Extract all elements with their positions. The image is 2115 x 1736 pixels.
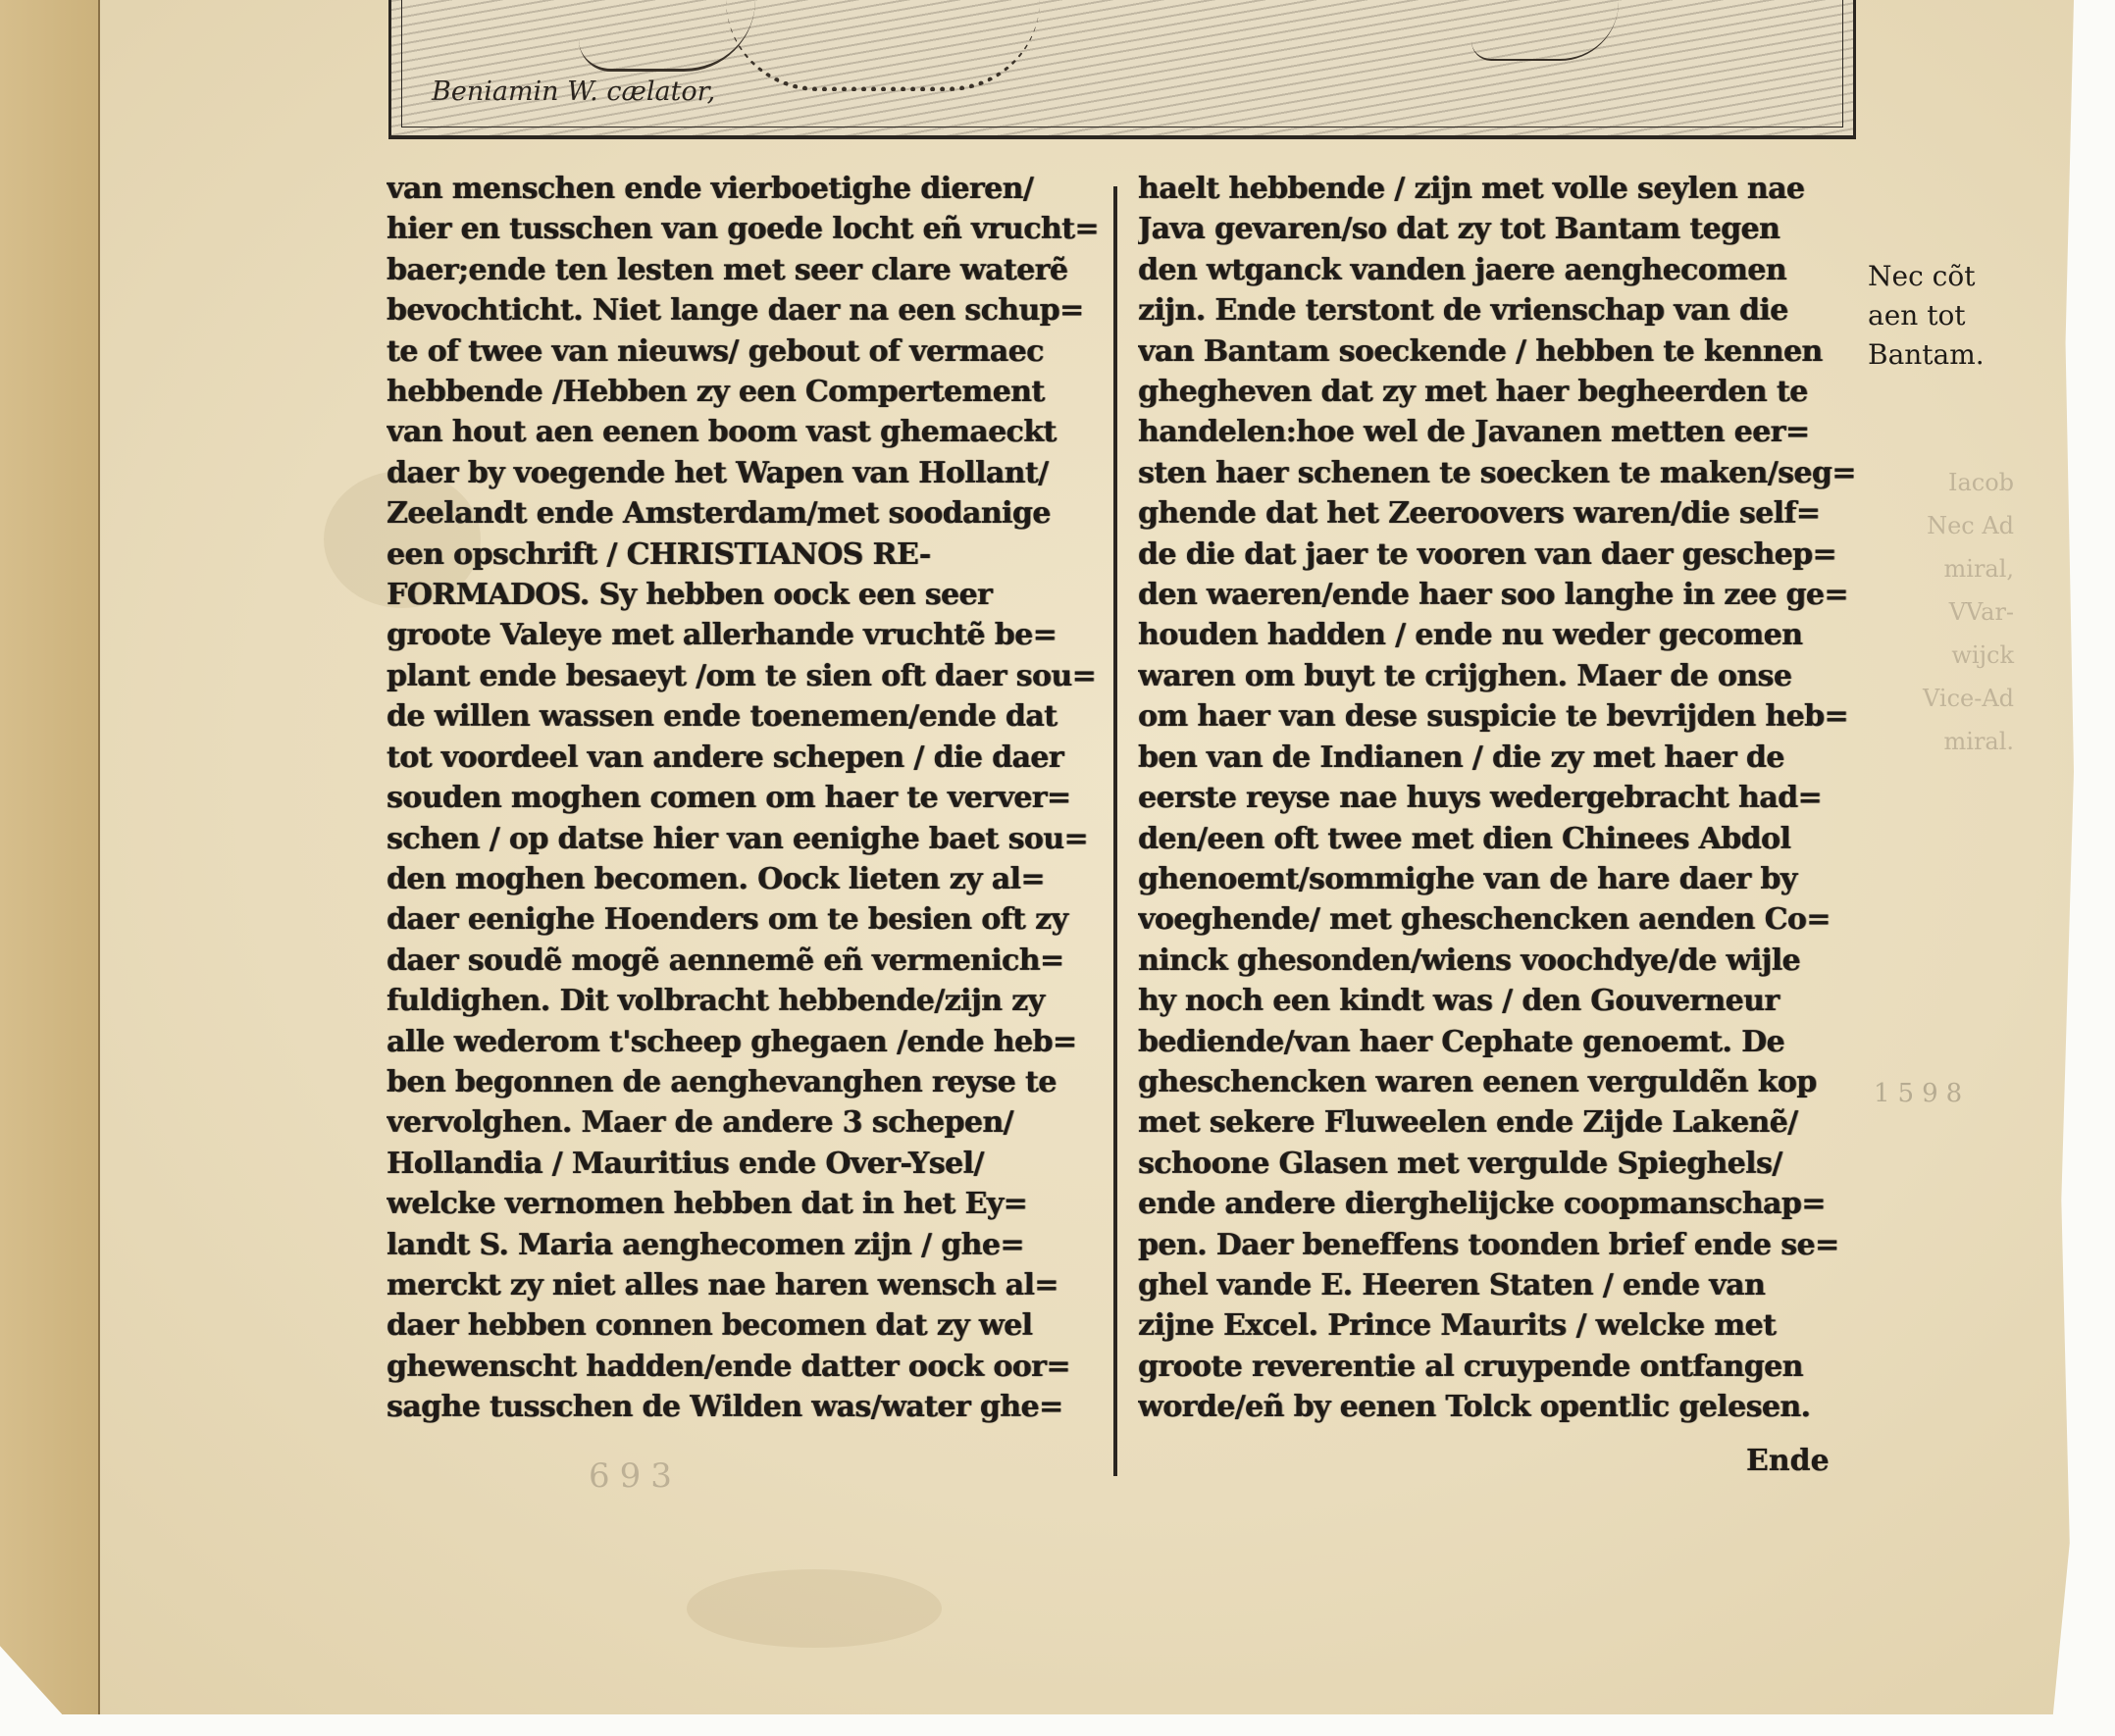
text-line: ben begonnen de aenghevanghen reyse te (387, 1062, 1099, 1102)
show-through-marginal: Iacob Nec Ad miral, VVar- wijck Vice-Ad … (1923, 461, 2014, 763)
text-line: de die dat jaer te vooren van daer gesch… (1138, 535, 1854, 575)
text-line: fuldighen. Dit volbracht hebbende/zijn z… (387, 981, 1099, 1021)
text-line: van Bantam soeckende / hebben te kennen (1138, 332, 1854, 372)
text-line: Hollandia / Mauritius ende Over-Ysel/ (387, 1144, 1099, 1184)
text-line: daer soudẽ mogẽ aennemẽ eñ vermenich= (387, 941, 1099, 981)
text-column-right: haelt hebbende / zijn met volle seylen n… (1138, 169, 1854, 1428)
text-line: gheschencken waren eenen verguldẽn kop (1138, 1062, 1854, 1102)
marginal-note-line: Nec cõt (1868, 257, 1985, 296)
paper-stain (687, 1569, 942, 1648)
text-line: ghel vande E. Heeren Staten / ende van (1138, 1265, 1854, 1305)
text-line: daer by voegende het Wapen van Hollant/ (387, 453, 1099, 493)
marginal-note-line: Bantam. (1868, 335, 1985, 375)
text-line: bevochticht. Niet lange daer na een schu… (387, 290, 1099, 331)
text-line: zijne Excel. Prince Maurits / welcke met (1138, 1305, 1854, 1346)
text-line: den moghen becomen. Oock lieten zy al= (387, 859, 1099, 899)
show-through-line: Nec Ad (1923, 504, 2014, 547)
text-line: hy noch een kindt was / den Gouverneur (1138, 981, 1854, 1021)
text-column-left: van menschen ende vierboetighe dieren/hi… (387, 169, 1099, 1428)
show-through-page-number: 693 (589, 1456, 682, 1496)
text-line: worde/eñ by eenen Tolck opentlic gelesen… (1138, 1387, 1854, 1427)
text-line: eerste reyse nae huys wedergebracht had= (1138, 778, 1854, 818)
text-line: saghe tusschen de Wilden was/water ghe= (387, 1387, 1099, 1427)
text-line: de willen wassen ende toenemen/ende dat (387, 696, 1099, 737)
show-through-line: Vice-Ad (1923, 677, 2014, 720)
marginal-note: Nec cõt aen tot Bantam. (1868, 257, 1985, 375)
show-through-line: Iacob (1923, 461, 2014, 504)
show-through-line: miral, (1923, 547, 2014, 590)
text-line: Zeelandt ende Amsterdam/met soodanige (387, 493, 1099, 534)
column-divider (1113, 186, 1117, 1476)
text-line: hebbende /Hebben zy een Compertement (387, 372, 1099, 412)
show-through-line: wijck (1923, 634, 2014, 677)
text-line: pen. Daer beneffens toonden brief ende s… (1138, 1225, 1854, 1265)
show-through-year: 1598 (1874, 1079, 1970, 1108)
text-line: ghewenscht hadden/ende datter oock oor= (387, 1347, 1099, 1387)
text-line: handelen:hoe wel de Javanen metten eer= (1138, 412, 1854, 452)
text-line: sten haer schenen te soecken te maken/se… (1138, 453, 1854, 493)
engraver-signature: Beniamin W. cælator, (432, 77, 715, 107)
text-line: plant ende besaeyt /om te sien oft daer … (387, 656, 1099, 696)
text-line: ghenoemt/sommighe van de hare daer by (1138, 859, 1854, 899)
text-line: ninck ghesonden/wiens voochdye/de wijle (1138, 941, 1854, 981)
catchword: Ende (1746, 1444, 1830, 1478)
engraving-illustration: Beniamin W. cælator, (388, 0, 1856, 139)
text-line: hier en tusschen van goede locht eñ vruc… (387, 209, 1099, 249)
text-line: baer;ende ten lesten met seer clare wate… (387, 250, 1099, 290)
marginal-note-line: aen tot (1868, 296, 1985, 335)
text-line: met sekere Fluweelen ende Zijde Lakenẽ/ (1138, 1102, 1854, 1143)
text-line: bediende/van haer Cephate genoemt. De (1138, 1022, 1854, 1062)
text-line: schoone Glasen met vergulde Spieghels/ (1138, 1144, 1854, 1184)
text-line: den/een oft twee met dien Chinees Abdol (1138, 819, 1854, 859)
text-line: ende andere dierghelijcke coopmanschap= (1138, 1184, 1854, 1224)
text-line: groote Valeye met allerhande vruchtẽ be= (387, 615, 1099, 655)
text-line: haelt hebbende / zijn met volle seylen n… (1138, 169, 1854, 209)
text-line: voeghende/ met gheschencken aenden Co= (1138, 899, 1854, 940)
text-line: houden hadden / ende nu weder gecomen (1138, 615, 1854, 655)
document-page: Beniamin W. cælator, van menschen ende v… (0, 0, 2074, 1714)
text-line: Java gevaren/so dat zy tot Bantam tegen (1138, 209, 1854, 249)
text-line: ghende dat het Zeeroovers waren/die self… (1138, 493, 1854, 534)
text-line: om haer van dese suspicie te bevrijden h… (1138, 696, 1854, 737)
text-line: groote reverentie al cruypende ontfangen (1138, 1347, 1854, 1387)
text-line: tot voordeel van andere schepen / die da… (387, 738, 1099, 778)
paper-edge-strip (0, 0, 100, 1714)
net-illustration (726, 0, 1040, 91)
text-line: daer hebben connen becomen dat zy wel (387, 1305, 1099, 1346)
text-line: ben van de Indianen / die zy met haer de (1138, 738, 1854, 778)
show-through-line: VVar- (1923, 590, 2014, 634)
show-through-line: miral. (1923, 720, 2014, 763)
text-line: vervolghen. Maer de andere 3 schepen/ (387, 1102, 1099, 1143)
text-line: merckt zy niet alles nae haren wensch al… (387, 1265, 1099, 1305)
text-line: van menschen ende vierboetighe dieren/ (387, 169, 1099, 209)
text-line: een opschrift / CHRISTIANOS RE- (387, 535, 1099, 575)
text-line: zijn. Ende terstont de vrienschap van di… (1138, 290, 1854, 331)
text-line: te of twee van nieuws/ gebout of vermaec (387, 332, 1099, 372)
text-line: FORMADOS. Sy hebben oock een seer (387, 575, 1099, 615)
text-line: waren om buyt te crijghen. Maer de onse (1138, 656, 1854, 696)
sea-creature-illustration (1471, 0, 1619, 61)
text-line: van hout aen eenen boom vast ghemaeckt (387, 412, 1099, 452)
engraving-frame: Beniamin W. cælator, (401, 0, 1843, 128)
text-line: schen / op datse hier van eenighe baet s… (387, 819, 1099, 859)
text-line: welcke vernomen hebben dat in het Ey= (387, 1184, 1099, 1224)
text-line: ghegheven dat zy met haer begheerden te (1138, 372, 1854, 412)
text-line: daer eenighe Hoenders om te besien oft z… (387, 899, 1099, 940)
text-line: alle wederom t'scheep ghegaen /ende heb= (387, 1022, 1099, 1062)
text-line: den waeren/ende haer soo langhe in zee g… (1138, 575, 1854, 615)
text-line: landt S. Maria aenghecomen zijn / ghe= (387, 1225, 1099, 1265)
text-line: souden moghen comen om haer te verver= (387, 778, 1099, 818)
text-line: den wtganck vanden jaere aenghecomen (1138, 250, 1854, 290)
